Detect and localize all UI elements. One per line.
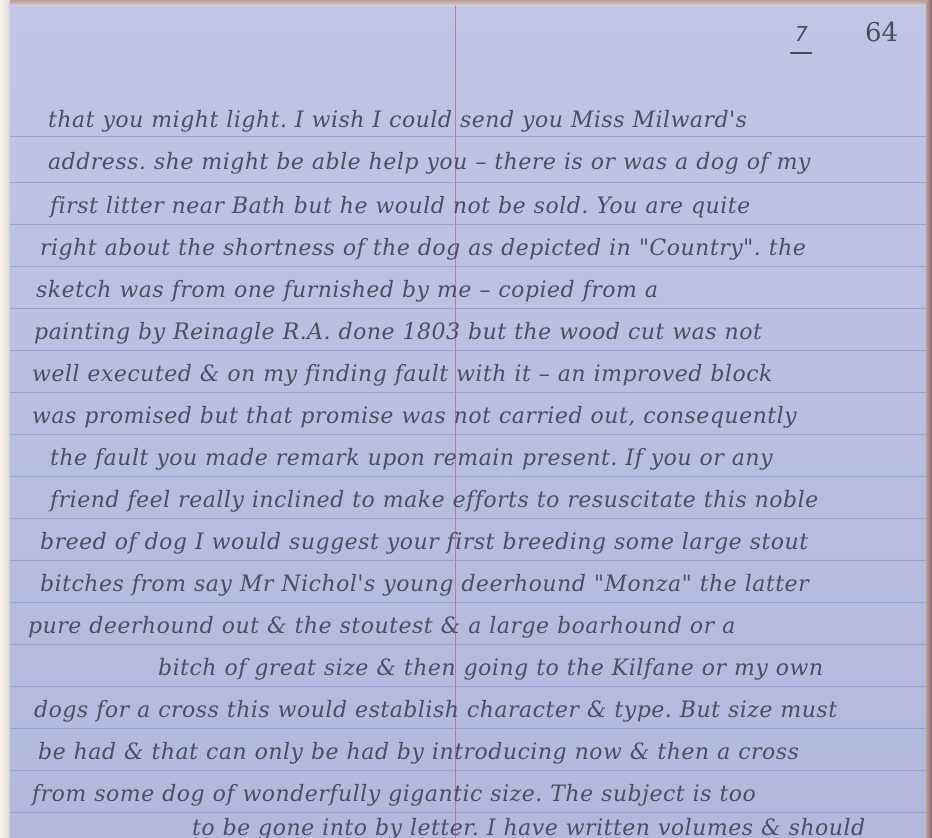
- text-line: was promised but that promise was not ca…: [32, 404, 797, 429]
- rule-line: [10, 602, 926, 603]
- page-number: 64: [865, 18, 898, 48]
- rule-line: [10, 812, 926, 813]
- text-line: dogs for a cross this would establish ch…: [34, 698, 838, 723]
- text-line: that you might light. I wish I could sen…: [48, 108, 747, 133]
- letter-page: 7 64 that you might light. I wish I coul…: [10, 4, 926, 838]
- text-line: bitch of great size & then going to the …: [158, 656, 824, 681]
- rule-line: [10, 560, 926, 561]
- rule-line: [10, 476, 926, 477]
- text-line: from some dog of wonderfully gigantic si…: [32, 782, 756, 807]
- text-line: to be gone into by letter. I have writte…: [192, 816, 866, 838]
- rule-line: [10, 686, 926, 687]
- rule-line: [10, 224, 926, 225]
- text-line: the fault you made remark upon remain pr…: [50, 446, 773, 471]
- rule-line: [10, 266, 926, 267]
- text-line: painting by Reinagle R.A. done 1803 but …: [34, 320, 762, 345]
- text-line: be had & that can only be had by introdu…: [38, 740, 799, 765]
- text-line: right about the shortness of the dog as …: [40, 236, 806, 261]
- page-left-edge: [0, 0, 10, 838]
- text-line: sketch was from one furnished by me – co…: [36, 278, 659, 303]
- folio-mark: 7: [795, 22, 808, 46]
- text-line: friend feel really inclined to make effo…: [50, 488, 819, 513]
- rule-line: [10, 644, 926, 645]
- folio-underline: [790, 52, 812, 54]
- text-line: first litter near Bath but he would not …: [50, 194, 751, 219]
- rule-line: [10, 182, 926, 183]
- text-line: address. she might be able help you – th…: [48, 150, 811, 175]
- page-top-edge: [0, 0, 932, 6]
- text-line: pure deerhound out & the stoutest & a la…: [28, 614, 736, 639]
- rule-line: [10, 518, 926, 519]
- rule-line: [10, 728, 926, 729]
- text-line: well executed & on my finding fault with…: [32, 362, 773, 387]
- text-line: breed of dog I would suggest your first …: [40, 530, 809, 555]
- rule-line: [10, 392, 926, 393]
- rule-line: [10, 350, 926, 351]
- page-right-edge: [926, 0, 932, 838]
- rule-line: [10, 136, 926, 137]
- rule-line: [10, 308, 926, 309]
- rule-line: [10, 770, 926, 771]
- rule-line: [10, 434, 926, 435]
- text-line: bitches from say Mr Nichol's young deerh…: [40, 572, 809, 597]
